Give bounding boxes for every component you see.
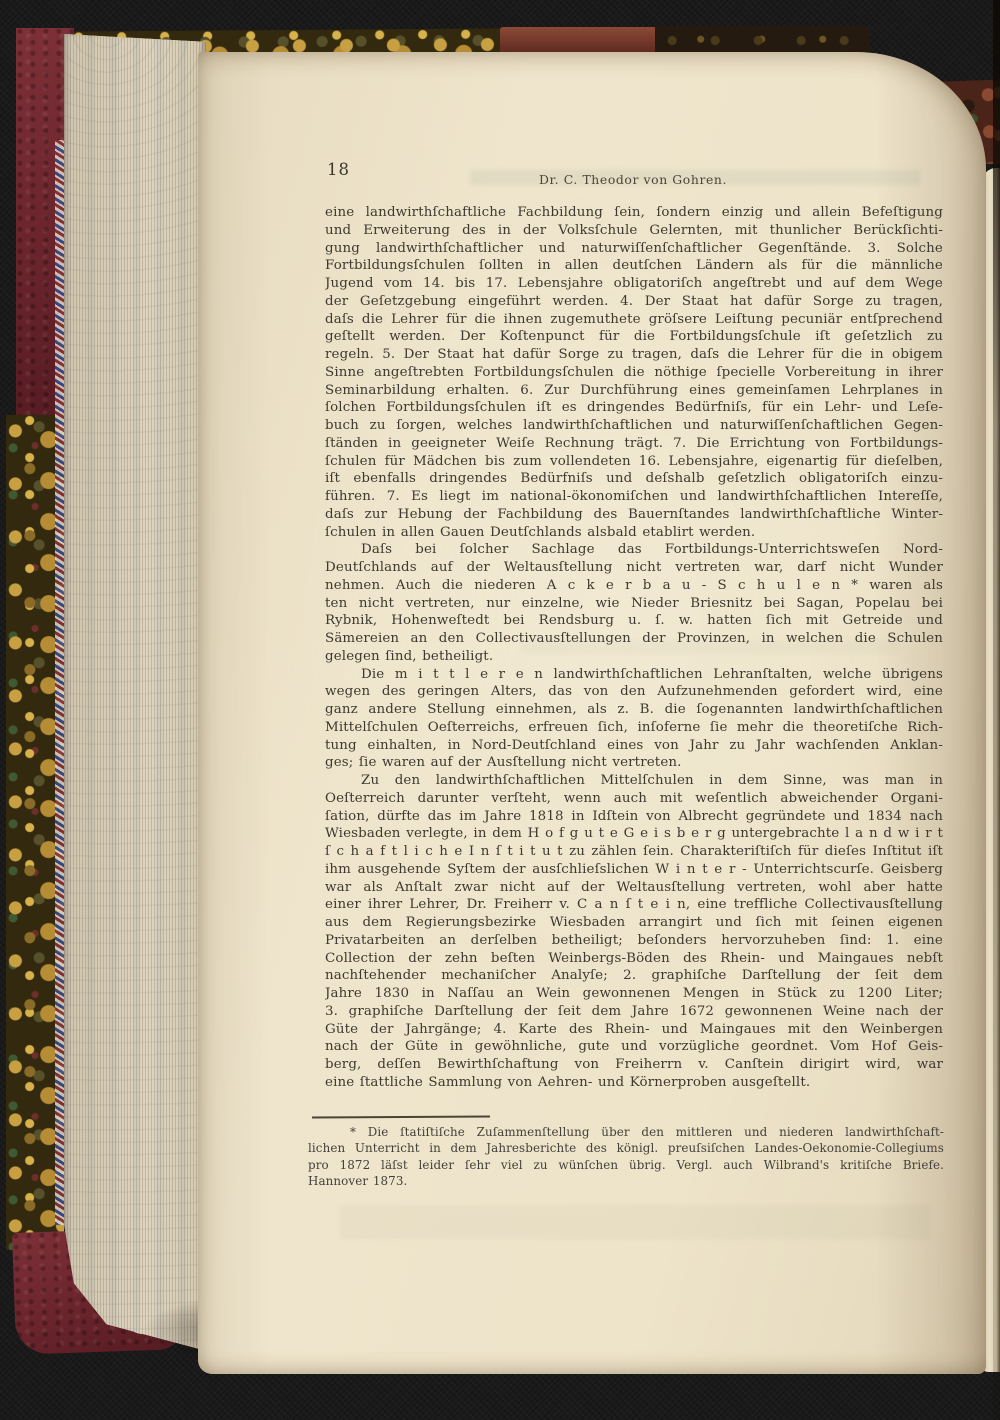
body-line: Seminarbildung erhalten. 6. Zur Durchfüh… [325, 382, 943, 400]
body-line: ges; ſie waren auf der Ausſtellung nicht… [325, 754, 943, 772]
body-line: tung einhalten, in Nord-Deutſchland eine… [325, 737, 943, 755]
body-line: Wiesbaden verlegte, in dem H o f g u t e… [325, 825, 943, 843]
body-line: eine ſtattliche Sammlung von Aehren- und… [325, 1074, 943, 1092]
body-line: Fortbildungsſchulen ſollten in allen deu… [325, 257, 943, 275]
body-line: daſs zur Hebung der Fachbildung des Baue… [325, 506, 943, 524]
body-line: Güte der Jahrgänge; 4. Karte des Rhein- … [325, 1021, 943, 1039]
body-line: buch zu ſorgen, welches landwirthſchaftl… [325, 417, 943, 435]
body-line: ſ c h a f t l i c h e I n ſ t i t u t zu… [325, 843, 943, 861]
footnote-line: pro 1872 läſst leider ſehr viel zu wünſc… [308, 1157, 944, 1173]
right-cover-edge [993, 0, 1000, 1420]
footnote-line: * Die ſtatiſtiſche Zuſammenſtellung über… [308, 1124, 944, 1140]
body-line: Rybnik, Hohenweſtedt bei Rendsburg u. ſ.… [325, 612, 943, 630]
body-line: Zu den landwirthſchaftlichen Mittelſchul… [325, 772, 943, 790]
body-line: Die m i t t l e r e n landwirthſchaftlic… [325, 666, 943, 684]
body-line: Daſs bei ſolcher Sachlage das Fortbildun… [325, 541, 943, 559]
footnote-line: lichen Unterricht in dem Jahresberichte … [308, 1140, 944, 1156]
body-line: einer ihrer Lehrer, Dr. Freiherr v. C a … [325, 896, 943, 914]
body-line: der Geſetzgebung eingeführt werden. 4. D… [325, 293, 943, 311]
body-line: ſchulen für Mädchen bis zum vollendeten … [325, 453, 943, 471]
body-line: gung landwirthſchaftlicher und naturwiſſ… [325, 240, 943, 258]
body-text: eine landwirthſchaftliche Fachbildung ſe… [325, 204, 943, 1092]
body-line: ten nicht vertreten, nur einzelne, wie N… [325, 595, 943, 613]
footnote: * Die ſtatiſtiſche Zuſammenſtellung über… [308, 1124, 944, 1190]
body-line: wegen des geringen Alters, das von den A… [325, 683, 943, 701]
body-line: ſolchen Fortbildungsſchulen iſt es dring… [325, 399, 943, 417]
body-line: geſtellt werden. Der Koſtenpunct für die… [325, 328, 943, 346]
body-line: Collection der zehn beſten Weinbergs-Böd… [325, 950, 943, 968]
body-line: 3. graphiſche Darſtellung der ſeit dem J… [325, 1003, 943, 1021]
body-line: nachſtehender mechaniſcher Analyſe; 2. g… [325, 967, 943, 985]
body-line: Privatarbeiten an derſelben betheiligt; … [325, 932, 943, 950]
body-line: ſtänden in geeigneter Weiſe Rechnung trä… [325, 435, 943, 453]
body-line: nehmen. Auch die niederen A c k e r b a … [325, 577, 943, 595]
body-line: daſs die Lehrer für die ihnen zugemuthet… [325, 311, 943, 329]
body-line: Mittelſchulen Oeſterreichs, erfreuen ſic… [325, 719, 943, 737]
body-line: Sämereien an den Collectivausſtellungen … [325, 630, 943, 648]
body-line: iſt ebenfalls dringendes Bedürfniſs und … [325, 470, 943, 488]
body-line: Jugend vom 14. bis 17. Lebensjahre oblig… [325, 275, 943, 293]
body-line: Jahre 1830 in Naſſau an Wein gewonnenen … [325, 985, 943, 1003]
body-line: berg, deſſen Bewirthſchaftung von Freihe… [325, 1056, 943, 1074]
page-stack-fore-edge [64, 34, 206, 1356]
body-line: führen. 7. Es liegt im national-ökonomiſ… [325, 488, 943, 506]
body-line: ſchulen in allen Gauen Deutſchlands alsb… [325, 524, 943, 542]
scanned-book-photo: 18 Dr. C. Theodor von Gohren. eine landw… [0, 0, 1000, 1420]
body-line: ihm ausgehende Syſtem der ausſchlieſslic… [325, 861, 943, 879]
running-header: Dr. C. Theodor von Gohren. [325, 172, 941, 187]
body-line: Deutſchlands auf der Weltausſtellung nic… [325, 559, 943, 577]
body-line: Oeſterreich darunter verſteht, wenn auch… [325, 790, 943, 808]
body-line: eine landwirthſchaftliche Fachbildung ſe… [325, 204, 943, 222]
body-line: regeln. 5. Der Staat hat dafür Sorge zu … [325, 346, 943, 364]
body-line: war als Anſtalt zwar nicht auf der Welta… [325, 879, 943, 897]
body-line: und Erweiterung des in der Volksſchule G… [325, 222, 943, 240]
body-line: aus dem Regierungsbezirke Wiesbaden arra… [325, 914, 943, 932]
body-line: ſation, dürfte das im Jahre 1818 in Idſt… [325, 808, 943, 826]
body-line: ganz andere Stellung einnehmen, als z. B… [325, 701, 943, 719]
footnote-line: Hannover 1873. [308, 1173, 944, 1189]
body-line: nach der Güte in gewöhnliche, gute und v… [325, 1038, 943, 1056]
body-line: Sinne angeſtrebten Fortbildungsſchulen d… [325, 364, 943, 382]
body-line: gelegen ſind, betheiligt. [325, 648, 943, 666]
